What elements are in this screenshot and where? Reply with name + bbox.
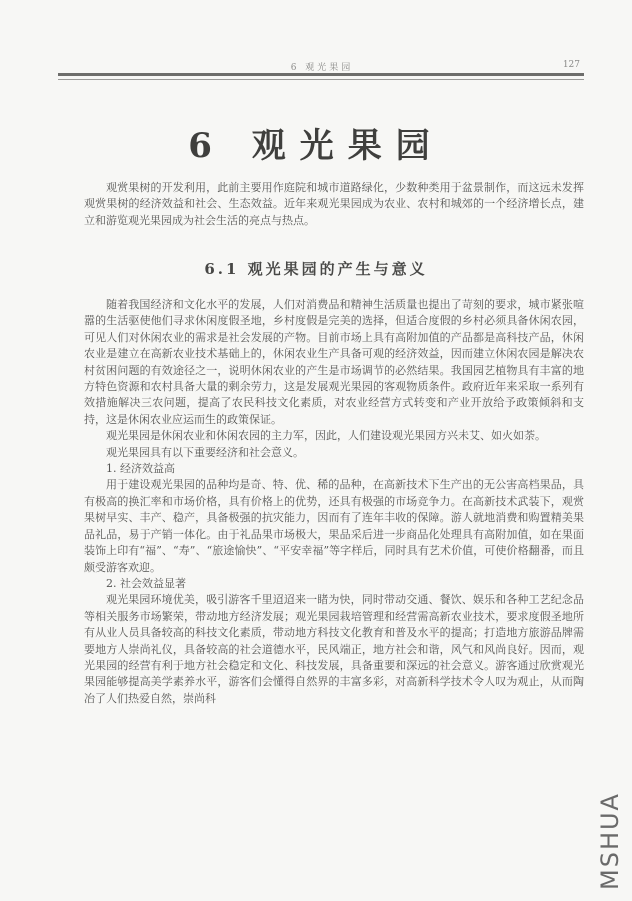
running-header: 6 观光果园 127: [62, 58, 582, 74]
book-page: 6 观光果园 127 6 观光果园 观赏果树的开发利用，此前主要用作庭院和城市道…: [0, 0, 632, 901]
page-number: 127: [563, 60, 580, 70]
header-rule-thick: [58, 73, 584, 76]
chapter-intro: 观赏果树的开发利用，此前主要用作庭院和城市道路绿化，少数种类用于盆景制作，而这远…: [84, 180, 584, 229]
section-body: 随着我国经济和文化水平的发展，人们对消费品和精神生活质量也提出了苛刻的要求，城市…: [84, 297, 584, 707]
watermark: MSHUA: [596, 770, 624, 890]
paragraph: 观光果园是休闲农业和休闲农园的主力军，因此，人们建设观光果园方兴未艾、如火如荼。: [84, 428, 584, 444]
subheading: 1. 经济效益高: [84, 461, 584, 477]
subheading: 2. 社会效益显著: [84, 576, 584, 592]
section-title: 6.1 观光果园的产生与意义: [0, 258, 632, 279]
intro-paragraph: 观赏果树的开发利用，此前主要用作庭院和城市道路绿化，少数种类用于盆景制作，而这远…: [84, 180, 584, 229]
paragraph: 观光果园环境优美，吸引游客千里迢迢来一睹为快，同时带动交通、餐饮、娱乐和各种工艺…: [84, 592, 584, 707]
paragraph: 随着我国经济和文化水平的发展，人们对消费品和精神生活质量也提出了苛刻的要求，城市…: [84, 297, 584, 428]
paragraph: 观光果园具有以下重要经济和社会意义。: [84, 445, 584, 461]
chapter-title: 6 观光果园: [0, 118, 632, 167]
header-rule-thin: [58, 79, 584, 80]
paragraph: 用于建设观光果园的品种均是奇、特、优、稀的品种，在高新技术下生产出的无公害高档果…: [84, 477, 584, 575]
running-title: 6 观光果园: [62, 60, 582, 73]
